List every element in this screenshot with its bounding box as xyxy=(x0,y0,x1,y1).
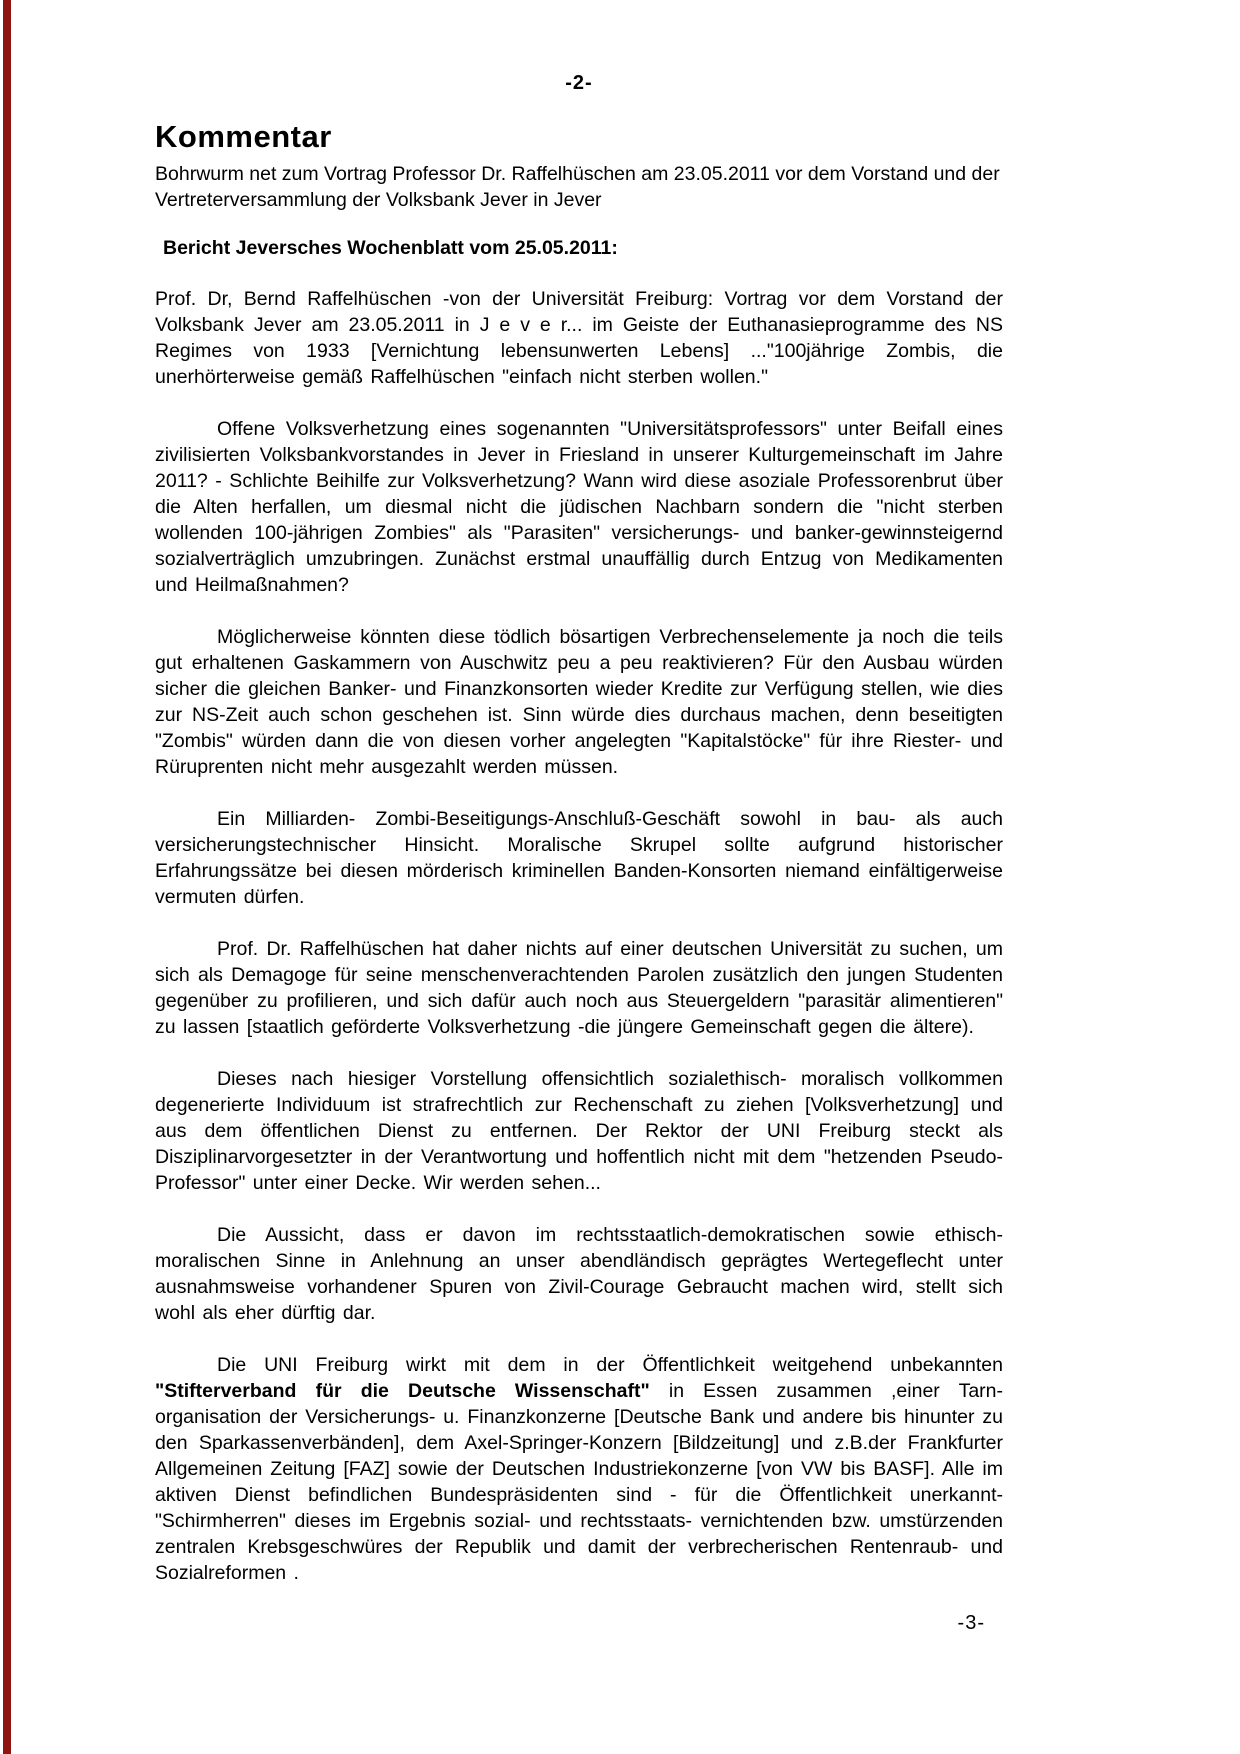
page-number-top: -2- xyxy=(155,72,1003,95)
document-page: -2- Kommentar Bohrwurm net zum Vortrag P… xyxy=(155,72,1003,1635)
paragraph-8-rest: in Essen zusammen ,einer Tarn- organisat… xyxy=(155,1380,1003,1584)
paragraph-6: Dieses nach hiesiger Vorstellung offensi… xyxy=(155,1066,1003,1196)
paragraph-3: Möglicherweise könnten diese tödlich bös… xyxy=(155,624,1003,780)
paragraph-5: Prof. Dr. Raffelhüschen hat daher nichts… xyxy=(155,936,1003,1040)
paragraph-8-lead: Die UNI Freiburg wirkt mit dem in der Öf… xyxy=(217,1354,1003,1376)
paragraph-1: Prof. Dr, Bernd Raffelhüschen -von der U… xyxy=(155,286,1003,390)
report-heading: Bericht Jeversches Wochenblatt vom 25.05… xyxy=(163,237,1003,260)
paragraph-7: Die Aussicht, dass er davon im rechtssta… xyxy=(155,1222,1003,1326)
page-number-bottom: -3- xyxy=(155,1612,1003,1635)
paragraph-8-bold-phrase: "Stifterverband für die Deutsche Wissens… xyxy=(155,1380,650,1402)
page-title: Kommentar xyxy=(155,119,1003,155)
paragraph-4: Ein Milliarden- Zombi-Beseitigungs-Ansch… xyxy=(155,806,1003,910)
paragraph-2: Offene Volksverhetzung eines sogenannten… xyxy=(155,416,1003,598)
scan-edge-artifact xyxy=(3,0,11,1754)
document-subtitle: Bohrwurm net zum Vortrag Professor Dr. R… xyxy=(155,161,1003,213)
paragraph-8: Die UNI Freiburg wirkt mit dem in der Öf… xyxy=(155,1352,1003,1586)
